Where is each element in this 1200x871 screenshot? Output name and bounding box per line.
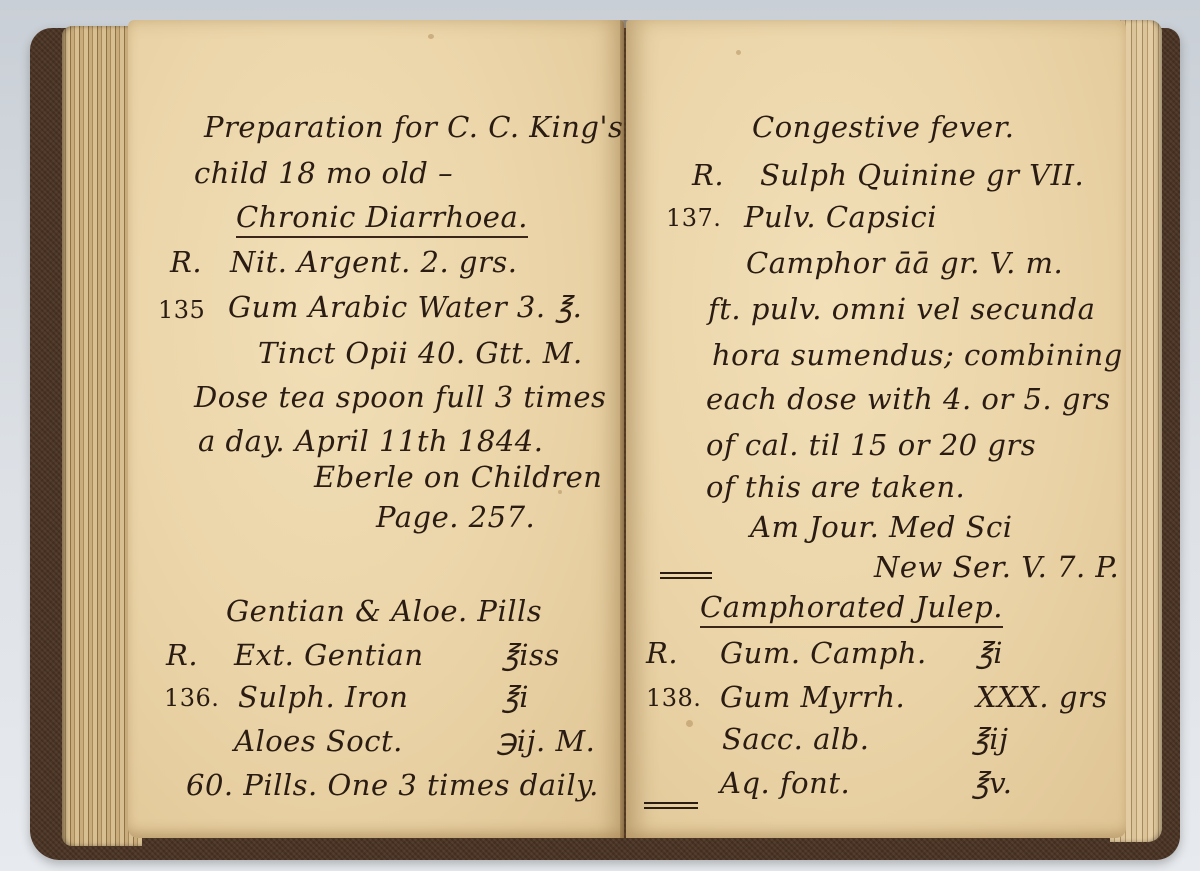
- recipe-137-rx-mark: R.: [692, 158, 724, 192]
- recipe-137-directions: ft. pulv. omni vel secunda: [708, 292, 1095, 326]
- right-page: Congestive fever. R. Sulph Quinine gr VI…: [626, 20, 1126, 838]
- recipe-138-ingredient-name: Gum Myrrh.: [720, 680, 905, 714]
- recipe-136-ingredient-name: Ext. Gentian: [234, 638, 424, 672]
- recipe-136-ingredient-name: Sulph. Iron: [238, 680, 408, 714]
- foxing-spot: [428, 34, 434, 39]
- recipe-136-ingredient-name: Aloes Soct.: [234, 724, 403, 758]
- recipe-135-title-line-1: Preparation for C. C. King's: [204, 110, 623, 144]
- recipe-138-ingredient-name: Aq. font.: [720, 766, 850, 800]
- end-divider: [644, 802, 698, 809]
- recipe-138-rx-mark: R.: [646, 636, 678, 670]
- recipe-135-ingredient: Tinct Opii 40. Gtt. M.: [258, 336, 583, 370]
- recipe-137-number: 137.: [666, 204, 721, 232]
- recipe-135-source: Eberle on Children: [314, 460, 602, 494]
- left-page: Preparation for C. C. King's child 18 mo…: [128, 20, 624, 838]
- recipe-135-rx-mark: R.: [170, 245, 202, 279]
- recipe-138-title: Camphorated Julep.: [700, 590, 1003, 628]
- recipe-137-directions: hora sumendus; combining: [712, 338, 1123, 372]
- recipe-135-title-line-2: child 18 mo old –: [194, 156, 453, 190]
- recipe-136-title: Gentian & Aloe. Pills: [226, 594, 542, 628]
- recipe-135-directions: a day. April 11th 1844.: [198, 424, 543, 458]
- recipe-135-condition: Chronic Diarrhoea.: [236, 200, 528, 238]
- recipe-136-rx-mark: R.: [166, 638, 198, 672]
- recipe-137-ingredient: Camphor āā gr. V. m.: [746, 246, 1063, 280]
- recipe-136-ingredient-amount: ℥i: [502, 680, 529, 714]
- foxing-spot: [736, 50, 741, 55]
- recipe-138-number: 138.: [646, 684, 701, 712]
- recipe-137-directions: of this are taken.: [706, 470, 965, 504]
- recipe-135-number: 135: [158, 296, 205, 324]
- recipe-136-directions: 60. Pills. One 3 times daily.: [186, 768, 599, 802]
- recipe-138-ingredient-amount: ℥ij: [972, 722, 1009, 756]
- recipe-137-ingredient: Pulv. Capsici: [744, 200, 937, 234]
- recipe-137-title: Congestive fever.: [752, 110, 1014, 144]
- foxing-spot: [686, 720, 693, 727]
- recipe-138-ingredient-name: Gum. Camph.: [720, 636, 927, 670]
- recipe-137-source: Am Jour. Med Sci: [750, 510, 1013, 544]
- recipe-135-ingredient: Gum Arabic Water 3. ℥.: [228, 290, 582, 324]
- recipe-136-ingredient-amount: ℈ij. M.: [496, 724, 595, 758]
- recipe-136-number: 136.: [164, 684, 219, 712]
- recipe-138-ingredient-name: Sacc. alb.: [722, 722, 869, 756]
- recipe-138-ingredient-amount: XXX. grs: [976, 680, 1108, 714]
- recipe-135-directions: Dose tea spoon full 3 times: [194, 380, 606, 414]
- recipe-138-ingredient-amount: ℥v.: [972, 766, 1012, 800]
- recipe-135-ingredient: Nit. Argent. 2. grs.: [230, 245, 517, 279]
- recipe-138-ingredient-amount: ℥i: [976, 636, 1003, 670]
- recipe-136-ingredient-amount: ℥iss: [502, 638, 560, 672]
- recipe-137-directions: of cal. til 15 or 20 grs: [706, 428, 1036, 462]
- recipe-137-directions: each dose with 4. or 5. grs: [706, 382, 1111, 416]
- section-divider: [660, 572, 712, 579]
- recipe-137-ingredient: Sulph Quinine gr VII.: [760, 158, 1084, 192]
- recipe-135-source-page: Page. 257.: [376, 500, 535, 534]
- recipe-137-source-volume: New Ser. V. 7. P. 342.: [874, 550, 1126, 584]
